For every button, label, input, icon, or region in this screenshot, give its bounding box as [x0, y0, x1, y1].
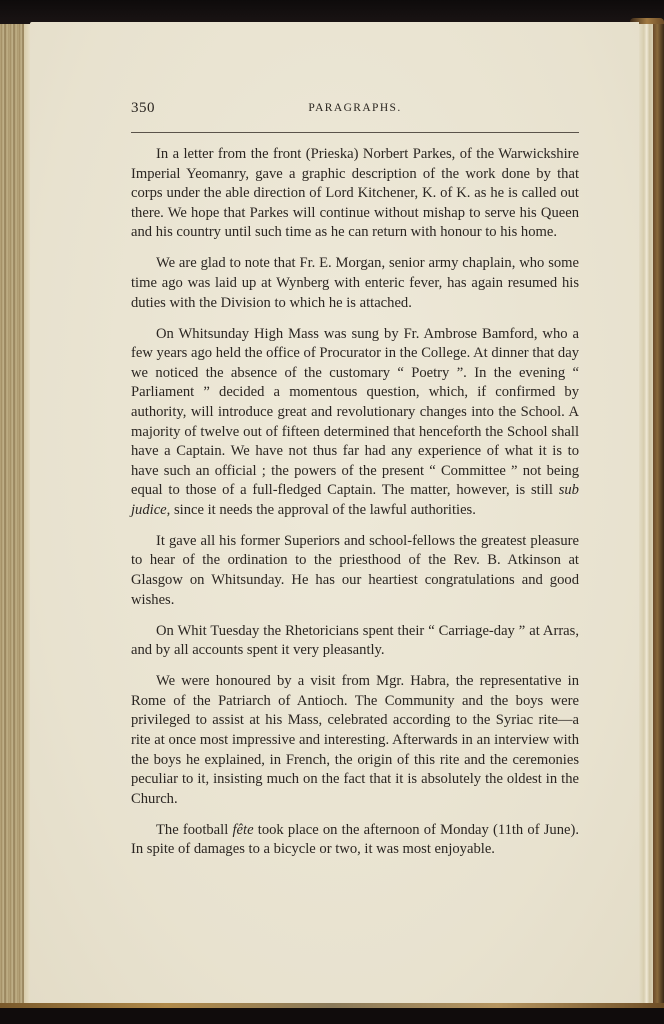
paragraph-text: We are glad to note that Fr. E. Morgan, … — [131, 255, 579, 310]
italic-phrase: fête — [232, 822, 253, 838]
paragraph-football-fete: The football fête took place on the afte… — [131, 821, 579, 860]
paragraph-text: The football — [156, 822, 228, 838]
scan-background-bottom — [0, 1006, 664, 1024]
paragraph-mgr-habra: We were honoured by a visit from Mgr. Ha… — [131, 672, 579, 809]
paragraph-ordination: It gave all his former Superiors and sch… — [131, 532, 579, 610]
gilt-page-edge — [0, 1003, 664, 1008]
article-body: In a letter from the front (Prieska) Nor… — [131, 145, 579, 871]
page-stack-edge — [0, 24, 30, 1006]
paragraph-morgan: We are glad to note that Fr. E. Morgan, … — [131, 254, 579, 313]
running-head: 350 PARAGRAPHS. — [131, 100, 579, 120]
header-rule — [131, 132, 579, 133]
page-gutter-edge — [639, 24, 653, 1006]
running-head-title: PARAGRAPHS. — [131, 102, 579, 114]
paragraph-text: We were honoured by a visit from Mgr. Ha… — [131, 673, 579, 807]
paragraph-text: In a letter from the front (Prieska) Nor… — [131, 146, 579, 240]
paragraph-whitsunday: On Whitsunday High Mass was sung by Fr. … — [131, 325, 579, 521]
paragraph-whit-tuesday: On Whit Tuesday the Rhetoricians spent t… — [131, 622, 579, 661]
paragraph-text: On Whitsunday High Mass was sung by Fr. … — [131, 326, 579, 499]
paragraph-text: It gave all his former Superiors and sch… — [131, 533, 579, 608]
paragraph-parkes-letter: In a letter from the front (Prieska) Nor… — [131, 145, 579, 243]
paragraph-text: On Whit Tuesday the Rhetoricians spent t… — [131, 623, 579, 659]
book-binding — [653, 24, 664, 1006]
scan-background-top — [0, 0, 664, 24]
paragraph-text-tail: , since it needs the approval of the law… — [167, 502, 476, 518]
